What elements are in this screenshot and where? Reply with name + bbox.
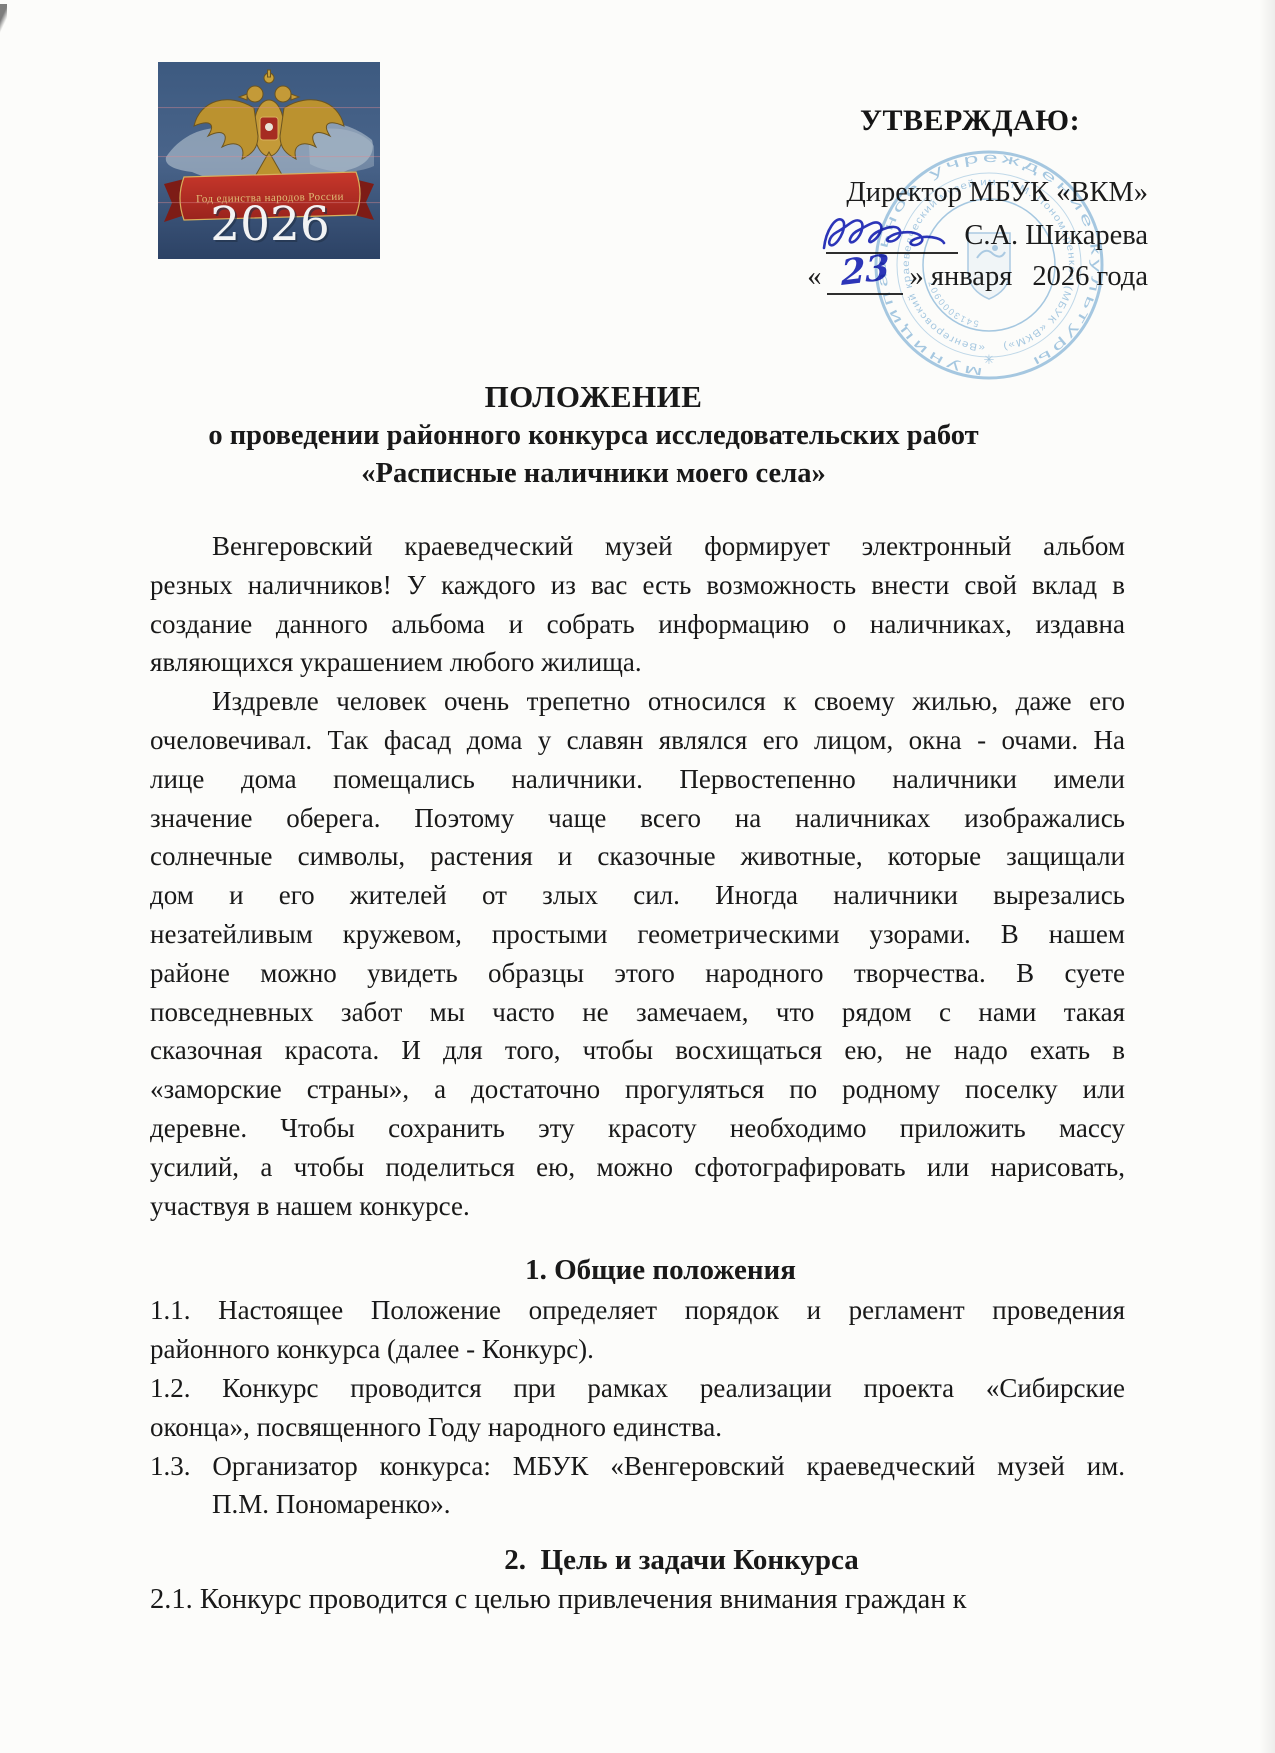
text-line: солнечные символы, растения и сказочные … (150, 837, 1125, 876)
text-line: 2.1. Конкурс проводится с целью привлече… (150, 1581, 1125, 1620)
text-line: создание данного альбома и собрать инфор… (150, 605, 1125, 644)
text-line: 1.2. Конкурс проводится при рамках реали… (150, 1369, 1125, 1408)
intro-paragraph-2: Издревле человек очень трепетно относилс… (150, 682, 1125, 1225)
section-1-heading: 1. Общие положения (150, 1249, 1125, 1291)
text-line: сказочная красота. И для того, чтобы вос… (150, 1031, 1125, 1070)
text-line: районе можно увидеть образцы этого народ… (150, 954, 1125, 993)
text-line: являющихся украшением любого жилища. (150, 643, 1125, 682)
text-line: очеловечивал. Так фасад дома у славян яв… (150, 721, 1125, 760)
text-line: деревне. Чтобы сохранить эту красоту нео… (150, 1109, 1125, 1148)
text-line: П.М. Пономаренко». (150, 1485, 1125, 1524)
text-line: усилий, а чтобы поделиться ею, можно сфо… (150, 1148, 1125, 1187)
text-line: Венгеровский краеведческий музей формиру… (150, 527, 1125, 566)
text-line: «заморские страны», а достаточно прогуля… (150, 1070, 1125, 1109)
text-line: значение оберега. Поэтому чаще всего на … (150, 799, 1125, 838)
text-line: Издревле человек очень трепетно относилс… (150, 682, 1125, 721)
document-subtitle-1: о проведении районного конкурса исследов… (150, 417, 1037, 455)
text-line: участвуя в нашем конкурсе. (150, 1187, 1125, 1226)
item-1-3: 1.3. Организатор конкурса: МБУК «Венгеро… (150, 1447, 1125, 1525)
item-1-2: 1.2. Конкурс проводится при рамках реали… (150, 1369, 1125, 1447)
document-title: ПОЛОЖЕНИЕ (150, 377, 1037, 417)
text-line: резных наличников! У каждого из вас есть… (150, 566, 1125, 605)
document-body: ПОЛОЖЕНИЕ о проведении районного конкурс… (150, 0, 1125, 1620)
text-line: 1.1. Настоящее Положение определяет поря… (150, 1291, 1125, 1330)
text-line: незатейливым кружевом, простыми геометри… (150, 915, 1125, 954)
text-line: 1.3. Организатор конкурса: МБУК «Венгеро… (150, 1447, 1125, 1486)
title-block: ПОЛОЖЕНИЕ о проведении районного конкурс… (150, 377, 1125, 493)
text-line: лице дома помещались наличники. Первосте… (150, 760, 1125, 799)
scan-corner-artifact (0, 4, 7, 38)
document-subtitle-2: «Расписные наличники моего села» (150, 455, 1037, 493)
text-line: районного конкурса (далее - Конкурс). (150, 1330, 1125, 1369)
text-line: повседневных забот мы часто не замечаем,… (150, 993, 1125, 1032)
intro-paragraph-1: Венгеровский краеведческий музей формиру… (150, 527, 1125, 682)
item-2-1: 2.1. Конкурс проводится с целью привлече… (150, 1581, 1125, 1620)
section-2-heading: 2. Цель и задачи Конкурса (150, 1539, 1125, 1581)
scanned-document-page: Год единства народов России 2026 2026 УТ… (0, 0, 1275, 1753)
text-line: оконца», посвященного Году народного еди… (150, 1408, 1125, 1447)
text-line: дом и его жителей от злых сил. Иногда на… (150, 876, 1125, 915)
item-1-1: 1.1. Настоящее Положение определяет поря… (150, 1291, 1125, 1369)
